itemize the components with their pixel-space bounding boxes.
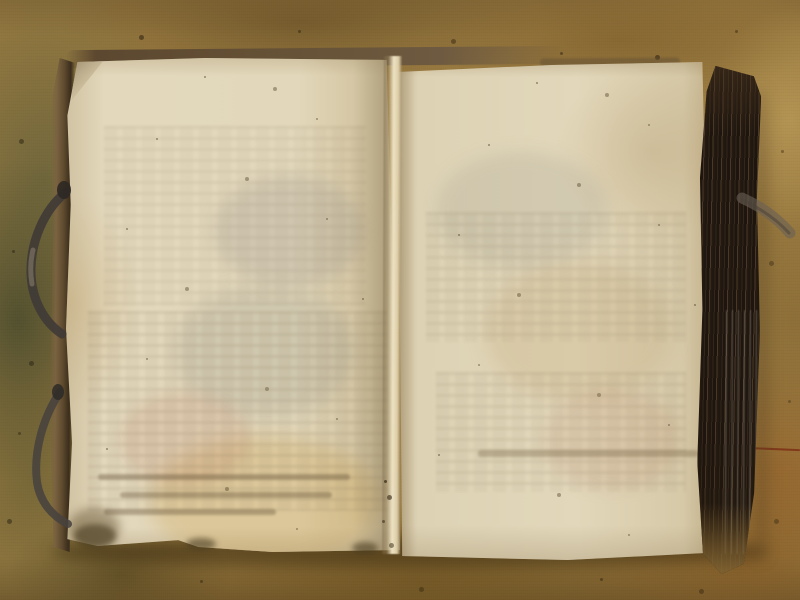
right-page: [396, 62, 708, 560]
gutter-dark-flecks: [384, 480, 387, 483]
bottom-edge-notch: [352, 542, 378, 554]
ghost-text-line: [98, 474, 350, 480]
ghost-text-right-middle: [426, 212, 686, 342]
fore-edge-page-block: [697, 66, 762, 574]
ghost-text-left-upper: [104, 126, 366, 306]
corner-fold: [72, 60, 104, 100]
ghost-text-right-lower: [436, 372, 686, 492]
bottom-edge-notch: [74, 524, 116, 548]
ghost-text-left-lower: [88, 311, 388, 511]
ghost-text-line: [478, 450, 698, 457]
ghost-text-line: [120, 492, 332, 498]
bottom-edge-notch: [186, 538, 216, 550]
photo-antique-book: [0, 0, 800, 600]
parchment-speckles: [0, 0, 3, 3]
ghost-text-line: [104, 509, 276, 515]
left-page: [64, 56, 400, 552]
